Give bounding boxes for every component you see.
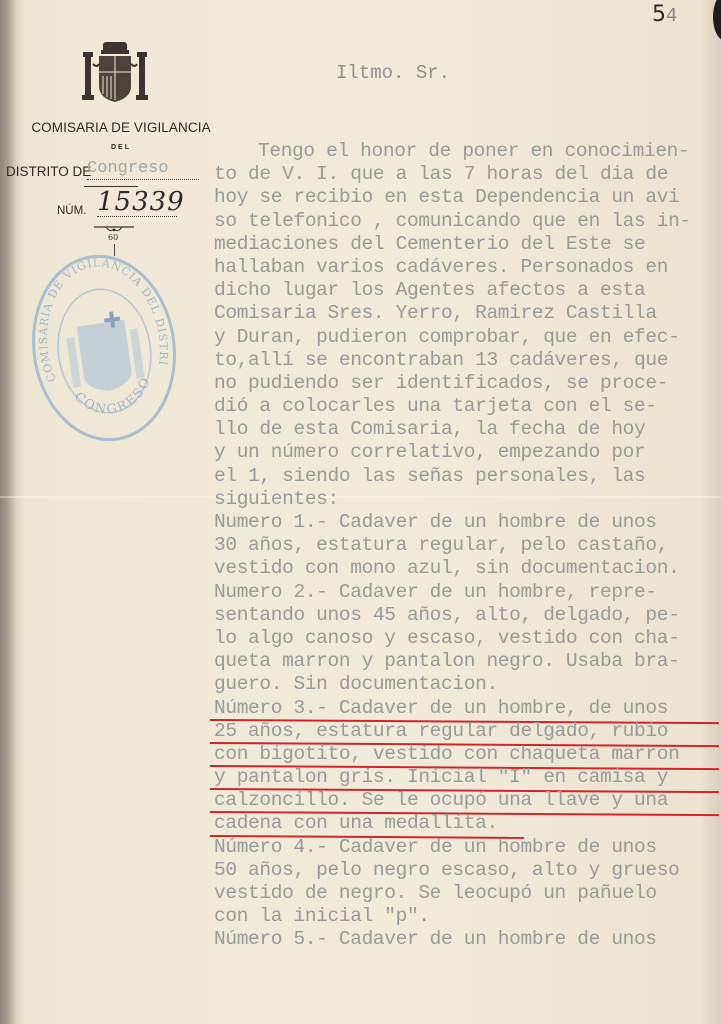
text-line: llo de esta Comisaria, la fecha de hoy: [214, 418, 719, 441]
entry-2-line: Numero 2.- Cadaver de un hombre, repre-: [214, 581, 719, 604]
text-line: dió a colocarles una tarjeta con el se-: [214, 395, 719, 418]
entry-4-line: con la inicial "p".: [214, 905, 719, 928]
text-line: y un número correlativo, empezando por: [214, 441, 719, 464]
page-number-scribble: 4: [666, 5, 674, 26]
distrito-label: DISTRITO DE: [6, 164, 91, 179]
entry-4-line: vestido de negro. Se leocupó un pañuelo: [214, 882, 719, 905]
text-line: siguientes:: [214, 488, 719, 511]
letter-body: Tengo el honor de poner en conocimien- t…: [214, 140, 719, 952]
scanned-document-page: 54 COMISARIA DE VIGILANCIA DEL DISTRITO …: [0, 0, 721, 1024]
text-line: hoy se recibio en esta Dependencia un av…: [214, 186, 719, 209]
num-value-handwritten: 15339: [97, 188, 177, 217]
entry-2-line: queta marron y pantalon negro. Usaba bra…: [214, 650, 719, 673]
entry-3-highlighted-line: 25 años, estatura regular delgado, rubio: [214, 720, 719, 743]
entry-3-highlighted-line: y pantalon gris. Inicial "I" en camisa y: [214, 766, 719, 789]
salutation: Iltmo. Sr.: [336, 62, 450, 84]
entry-2-line: lo algo canoso y escaso, vestido con cha…: [214, 627, 719, 650]
text-line: to,allí se encontraban 13 cadáveres, que: [214, 349, 719, 372]
text-line: mediaciones del Cementerio del Este se: [214, 233, 719, 256]
text-line: hallaban varios cadáveres. Personados en: [214, 256, 719, 279]
text-line: el 1, siendo las señas personales, las: [214, 465, 719, 488]
spanish-coat-of-arms-icon: [79, 40, 151, 106]
text-line: dicho lugar los Agentes afectos a esta: [214, 279, 719, 302]
form-code: 60: [108, 233, 118, 242]
num-label: NÚM.: [57, 205, 86, 217]
text-line: Tengo el honor de poner en conocimien-: [214, 140, 719, 163]
entry-5-line: Número 5.- Cadaver de un hombre de unos: [214, 928, 719, 951]
entry-1-line: vestido con mono azul, sin documentacion…: [214, 557, 719, 580]
text-line: Comisaria Sres. Yerro, Ramirez Castilla: [214, 302, 719, 325]
entry-1-line: Numero 1.- Cadaver de un hombre de unos: [214, 511, 719, 534]
entry-3-highlighted-line: calzoncillo. Se le ocupó una llave y una: [214, 789, 719, 812]
binder-hole-shadow: [713, 0, 721, 40]
entry-3-highlighted-line: Número 3.- Cadaver de un hombre, de unos: [214, 697, 719, 720]
stamp-crest-icon: [63, 308, 145, 395]
entry-2-line: sentando unos 45 años, alto, delgado, pe…: [214, 604, 719, 627]
text-line: no pudiendo ser identificados, se proce-: [214, 372, 719, 395]
entry-4-line: Número 4.- Cadaver de un hombre de unos: [214, 836, 719, 859]
text-line: so telefonico , comunicando que en las i…: [214, 210, 719, 233]
text-line: to de V. I. que a las 7 horas del dia de: [214, 163, 719, 186]
entry-1-line: 30 años, estatura regular, pelo castaño,: [214, 534, 719, 557]
entry-3-highlighted-line: cadena con una medallita.: [214, 812, 719, 835]
text-line: y Duran, pudieron comprobar, que en efec…: [214, 326, 719, 349]
entry-2-line: guero. Sin documentacion.: [214, 673, 719, 696]
letterhead-title: COMISARIA DE VIGILANCIA: [18, 120, 224, 135]
official-stamp: COMISARIA DE VIGILANCIA DEL DISTRITO DEL…: [30, 253, 178, 443]
page-number: 54: [652, 2, 674, 27]
letterhead-del: DEL: [18, 144, 224, 151]
distrito-value: Congreso: [87, 159, 199, 180]
entry-4-line: 50 años, pelo negro escaso, alto y grues…: [214, 859, 719, 882]
entry-3-highlighted-line: con bigotito, vestido con chaqueta marro…: [214, 743, 719, 766]
